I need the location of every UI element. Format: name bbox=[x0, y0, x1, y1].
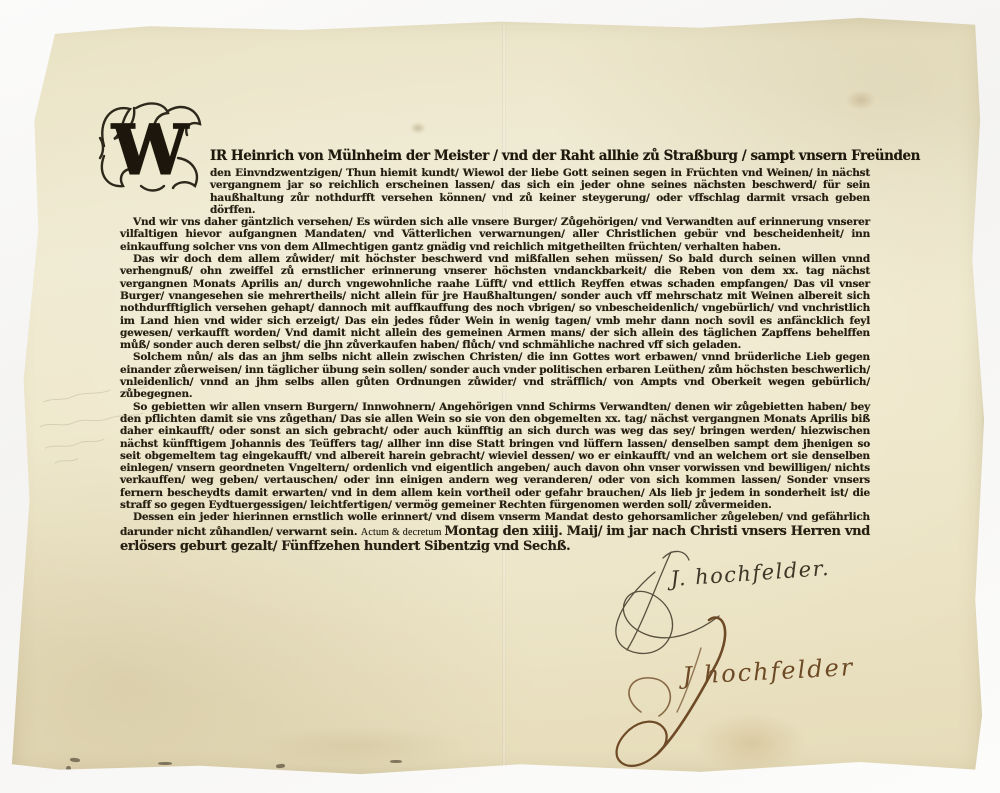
paragraph-ordinance: So gebietten wir allen vnsern Burgern/ I… bbox=[120, 401, 870, 512]
paper-toning bbox=[248, 726, 468, 766]
signature-lower: J hochfelder bbox=[581, 612, 881, 784]
deckle-edge-speck bbox=[66, 766, 71, 774]
signature-lower-name: J hochfelder bbox=[677, 653, 855, 690]
actum-decretum-latin: Actum & decretum bbox=[361, 527, 444, 538]
deckle-edge-speck bbox=[276, 764, 285, 769]
marginalia-faint-handwriting bbox=[27, 373, 162, 472]
deckle-edge-speck bbox=[158, 762, 172, 765]
printed-text-block: W IR Heinrich von Mülnheim der Meister /… bbox=[120, 146, 870, 554]
paragraph-preamble: den Einvndzwentzigen/ Thun hiemit kundt/… bbox=[120, 167, 870, 216]
initial-letter-block: W bbox=[120, 148, 202, 208]
paragraph-judgement: Solchem nůn/ als das an jhm selbs nicht … bbox=[120, 351, 870, 400]
foxing-spot bbox=[846, 90, 876, 110]
deckle-edge-speck bbox=[70, 757, 80, 762]
deckle-edge-speck bbox=[390, 760, 402, 763]
foxing-spot bbox=[410, 122, 426, 134]
photograph-backdrop: { "colors":{ "backdrop":"#f6f5f3", "pape… bbox=[0, 0, 1000, 793]
paragraph-complaint: Das wir doch dem allem zůwider/ mit höch… bbox=[120, 253, 870, 351]
initial-letter-glyph: W bbox=[111, 111, 190, 191]
document-heading: IR Heinrich von Mülnheim der Meister / v… bbox=[120, 146, 870, 167]
signature-upper-name: J. hochfelder. bbox=[666, 556, 831, 591]
paragraph-expectation: Vnd wir vns daher gäntzlich versehen/ Es… bbox=[120, 216, 870, 253]
document-paper: W IR Heinrich von Mülnheim der Meister /… bbox=[8, 14, 986, 778]
ornate-woodcut-initial: W bbox=[94, 98, 206, 196]
